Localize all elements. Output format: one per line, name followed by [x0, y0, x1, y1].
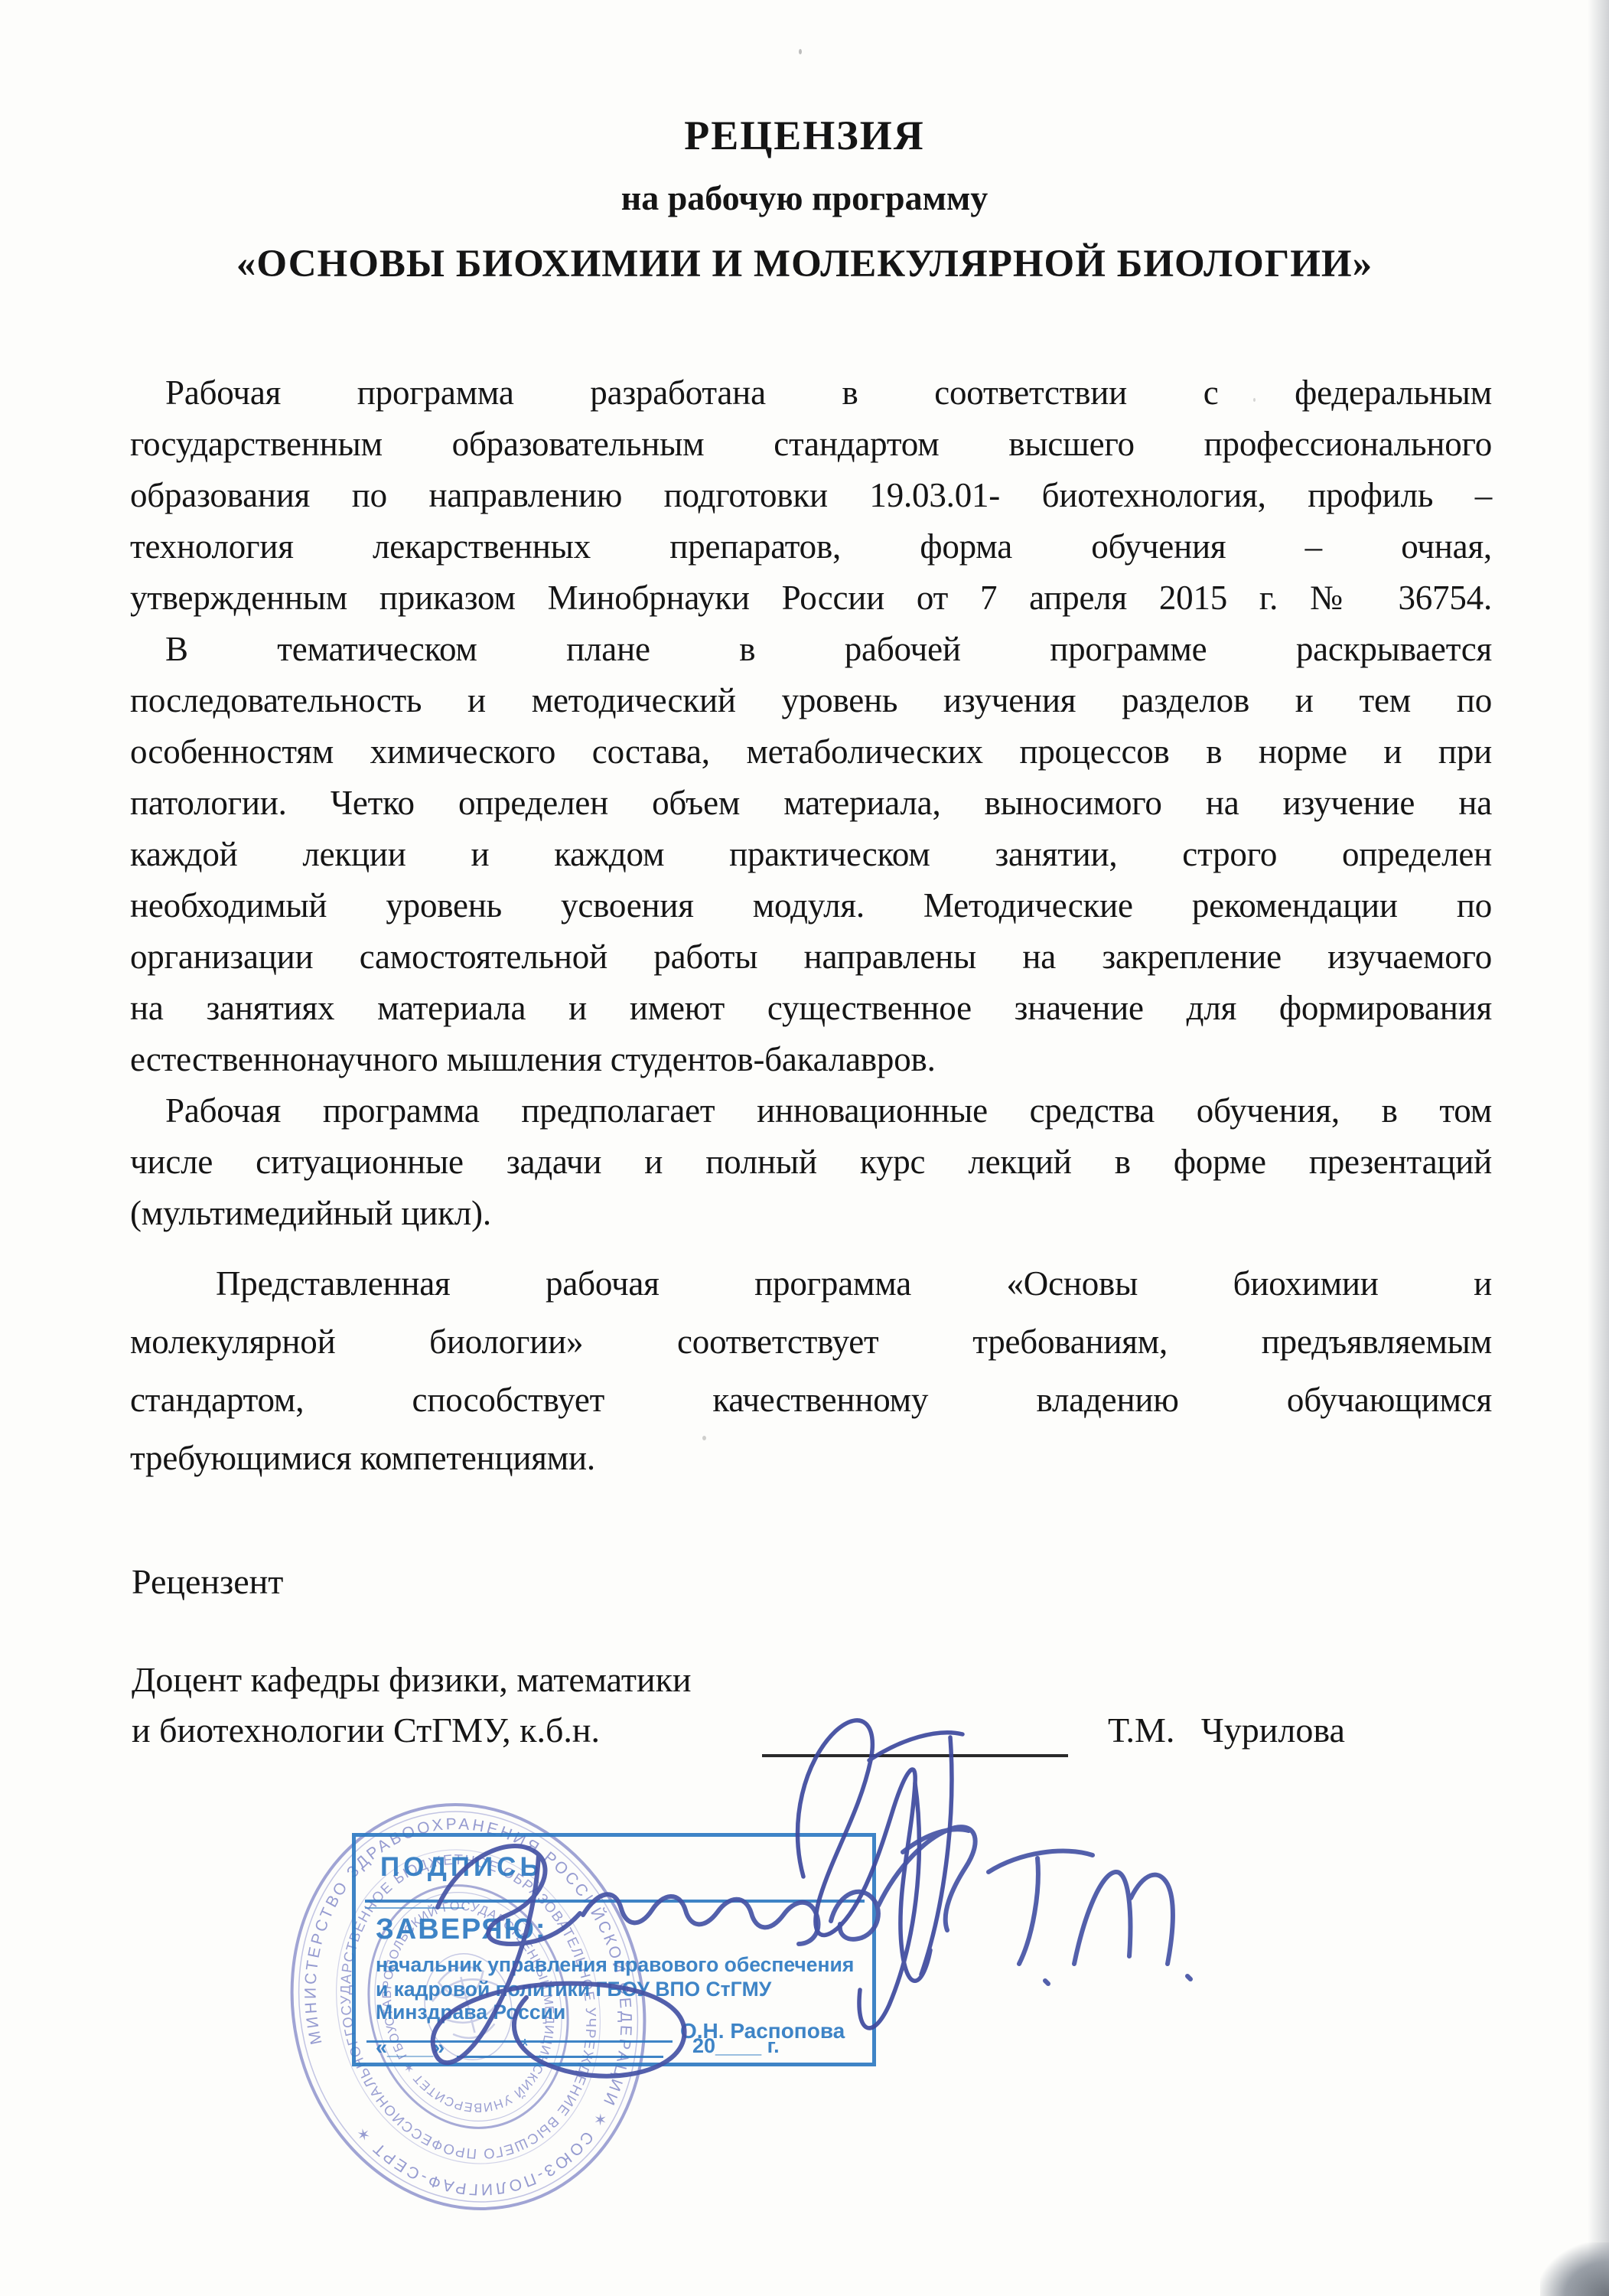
paragraph-line: (мультимедийный цикл).	[130, 1188, 1492, 1239]
paragraph-line: патологии. Четко определен объем материа…	[130, 778, 1492, 829]
paragraph-line: естественнонаучного мышления студентов-б…	[130, 1034, 1492, 1085]
certification-stamp: ПОДПИСЬ ЗАВЕРЯЮ: начальник управления пр…	[352, 1833, 876, 2066]
stamp-date-quotes: «____»	[376, 2036, 445, 2060]
paragraph: Представленная рабочая программа «Основы…	[130, 1254, 1492, 1487]
paragraph-line: образования по направлению подготовки 19…	[130, 470, 1492, 521]
scan-speck	[702, 1436, 706, 1440]
reviewer-position-line2: и биотехнологии СтГМУ, к.б.н.	[132, 1710, 600, 1750]
paragraph-line: особенностям химического состава, метабо…	[130, 726, 1492, 778]
stamp-officer-line1: начальник управления правового обеспечен…	[376, 1953, 854, 1977]
paragraph-line: организации самостоятельной работы напра…	[130, 931, 1492, 983]
scan-speck	[1253, 398, 1256, 402]
paragraph-line: требующимися компетенциями.	[130, 1429, 1492, 1487]
reviewer-label: Рецензент	[132, 1561, 283, 1602]
document-title: РЕЦЕНЗИЯ	[0, 112, 1609, 159]
scanned-review-document: РЕЦЕНЗИЯ на рабочую программу «ОСНОВЫ БИ…	[0, 0, 1609, 2296]
paragraph-line: на занятиях материала и имеют существенн…	[130, 983, 1492, 1034]
scan-speck	[799, 49, 802, 54]
paragraph-line: каждой лекции и каждом практическом заня…	[130, 829, 1492, 880]
paragraph-line: В тематическом плане в рабочей программе…	[130, 624, 1492, 675]
paragraph-line: Рабочая программа предполагает инновацио…	[130, 1085, 1492, 1137]
paragraph-line: стандартом, способствует качественному в…	[130, 1371, 1492, 1429]
stamp-rule-short	[365, 1907, 464, 1909]
paragraph-line: молекулярной биологии» соответствует тре…	[130, 1313, 1492, 1371]
paragraph-line: необходимый уровень усвоения модуля. Мет…	[130, 880, 1492, 931]
paragraph-line: утвержденным приказом Минобрнауки России…	[130, 572, 1492, 624]
paragraph: Рабочая программа предполагает инновацио…	[130, 1085, 1492, 1239]
stamp-date-year: 20____ г.	[692, 2034, 780, 2058]
paragraph-line: Представленная рабочая программа «Основы…	[130, 1254, 1492, 1313]
reviewer-name: Т.М. Чурилова	[1108, 1710, 1345, 1750]
stamp-rule	[365, 1900, 865, 1903]
review-body: Рабочая программа разработана в соответс…	[130, 367, 1492, 1487]
stamp-officer-line3: Минздрава России	[376, 2001, 565, 2024]
stamp-certify-label: ЗАВЕРЯЮ:	[376, 1913, 547, 1946]
scan-corner-smudge	[1540, 2242, 1609, 2296]
paragraph: В тематическом плане в рабочей программе…	[130, 624, 1492, 1085]
reviewer-position-line1: Доцент кафедры физики, математики	[132, 1659, 692, 1700]
paragraph-line: государственным образовательным стандарт…	[130, 419, 1492, 470]
stamp-date-star: *	[521, 2034, 529, 2058]
paragraph-line: Рабочая программа разработана в соответс…	[130, 367, 1492, 419]
paragraph-line: технология лекарственных препаратов, фор…	[130, 521, 1492, 572]
document-subtitle: на рабочую программу	[0, 178, 1609, 218]
signature-line	[762, 1754, 1068, 1757]
stamp-date-line	[457, 2056, 663, 2058]
paragraph: Рабочая программа разработана в соответс…	[130, 367, 1492, 624]
stamp-officer-line2: и кадровой политики ГБОУ ВПО СтГМУ	[376, 1978, 771, 2001]
scan-edge-shadow	[1588, 0, 1609, 2296]
stamp-signature-label: ПОДПИСЬ	[380, 1852, 543, 1883]
paragraph-line: числе ситуационные задачи и полный курс …	[130, 1137, 1492, 1188]
paragraph-line: последовательность и методический уровен…	[130, 675, 1492, 726]
program-title: «ОСНОВЫ БИОХИМИИ И МОЛЕКУЛЯРНОЙ БИОЛОГИИ…	[0, 242, 1609, 286]
